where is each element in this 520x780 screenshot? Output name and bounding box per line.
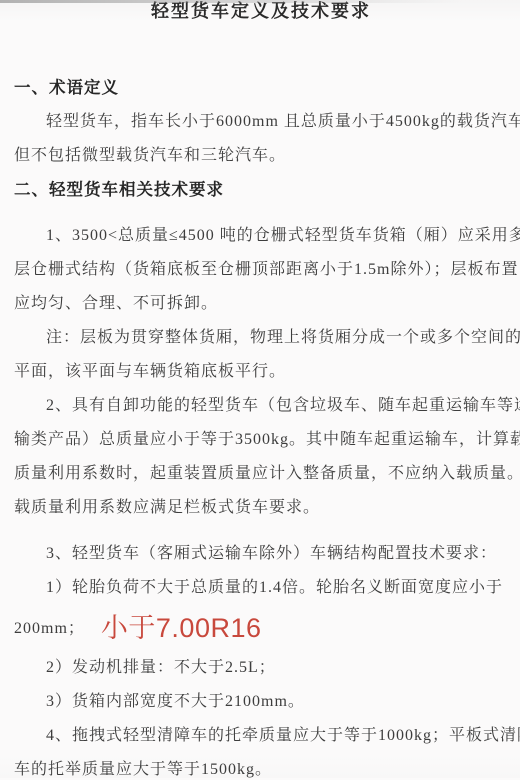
text-line: 应均匀、合理、不可拆卸。 <box>14 287 508 321</box>
text-line: 1）轮胎负荷不大于总质量的1.4倍。轮胎名义断面宽度应小于 <box>14 571 508 605</box>
document-body: 一、术语定义轻型货车，指车长小于6000mm 且总质量小于4500kg的载货汽车… <box>14 71 508 780</box>
text-line: 层仓栅式结构（货箱底板至仓栅顶部距离小于1.5m除外）；层板布置 <box>14 253 508 287</box>
section-heading: 二、轻型货车相关技术要求 <box>14 173 508 207</box>
text-line: 3）货箱内部宽度不大于2100mm。 <box>14 685 508 719</box>
text-line: 3、轻型货车（客厢式运输车除外）车辆结构配置技术要求： <box>14 537 508 571</box>
text-line: 质量利用系数时，起重装置质量应计入整备质量，不应纳入载质量。 <box>14 457 508 491</box>
text-line: 2、具有自卸功能的轻型货车（包含垃圾车、随车起重运输车等运 <box>14 389 508 423</box>
text-line: 平面，该平面与车辆货箱底板平行。 <box>14 355 508 389</box>
text-line: 但不包括微型载货汽车和三轮汽车。 <box>14 139 508 173</box>
document-page: 轻型货车定义及技术要求 一、术语定义轻型货车，指车长小于6000mm 且总质量小… <box>0 0 520 778</box>
text-line: 车的托举质量应大于等于1500kg。 <box>14 753 508 780</box>
text-line: 2）发动机排量：不大于2.5L； <box>14 651 508 685</box>
text-line: 载质量利用系数应满足栏板式货车要求。 <box>14 491 508 525</box>
text-line: 注：层板为贯穿整体货厢，物理上将货厢分成一个或多个空间的 <box>14 321 508 355</box>
text-line: 轻型货车，指车长小于6000mm 且总质量小于4500kg的载货汽车， <box>14 105 508 139</box>
text-line: 200mm；小于7.00R16 <box>14 605 508 651</box>
text-line: 1、3500<总质量≤4500 吨的仓栅式轻型货车货箱（厢）应采用多 <box>14 219 508 253</box>
highlight-red-annotation: 小于7.00R16 <box>101 613 262 643</box>
document-title: 轻型货车定义及技术要求 <box>14 0 508 24</box>
section-heading: 一、术语定义 <box>14 71 508 105</box>
text-line: 4、拖拽式轻型清障车的托牵质量应大于等于1000kg；平板式清障 <box>14 719 508 753</box>
text-segment: 200mm； <box>14 620 85 637</box>
text-line: 输类产品）总质量应小于等于3500kg。其中随车起重运输车，计算载 <box>14 423 508 457</box>
